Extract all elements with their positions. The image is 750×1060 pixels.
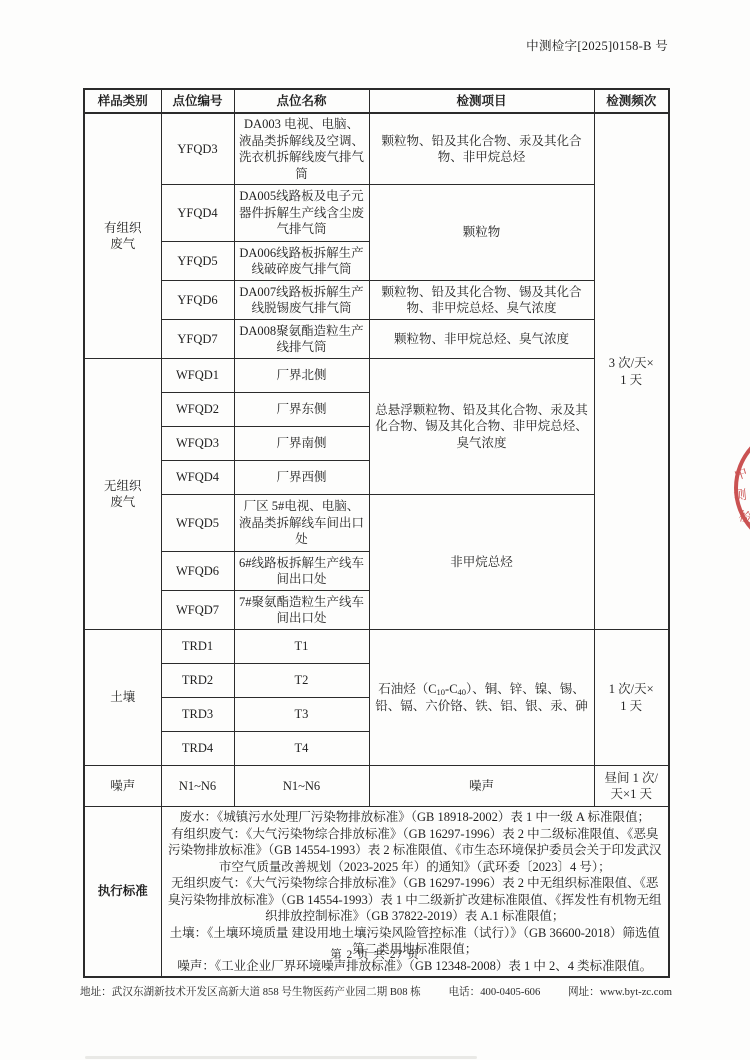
point-name: DA003 电视、电脑、液晶类拆解线及空调、洗衣机拆解线废气排气筒 — [234, 113, 369, 185]
point-name: N1~N6 — [234, 766, 369, 807]
category-noise: 噪声 — [84, 766, 161, 807]
point-code: YFQD7 — [161, 320, 234, 359]
test-items: 颗粒物、铅及其化合物、汞及其化合物、非甲烷总烃 — [369, 113, 594, 185]
point-name: 6#线路板拆解生产线车间出口处 — [234, 552, 369, 591]
test-items: 噪声 — [369, 766, 594, 807]
category-unorganized-gas: 无组织废气 — [84, 359, 161, 630]
scan-artifact — [85, 1056, 477, 1059]
point-code: TRD4 — [161, 732, 234, 766]
point-name: 厂界东侧 — [234, 393, 369, 427]
point-code: YFQD3 — [161, 113, 234, 185]
footer-phone: 电话：400-0405-606 — [448, 984, 540, 999]
point-name: DA007线路板拆解生产线脱锡废气排气筒 — [234, 281, 369, 320]
test-items: 颗粒物、铅及其化合物、锡及其化合物、非甲烷总烃、臭气浓度 — [369, 281, 594, 320]
noise-frequency: 昼间 1 次/ 天×1 天 — [594, 766, 669, 807]
point-code: WFQD3 — [161, 427, 234, 461]
category-organized-gas: 有组织废气 — [84, 113, 161, 359]
table-row: 土壤 TRD1 T1 石油烃（C10-C40）、铜、锌、镍、锡、铅、镉、六价铬、… — [84, 630, 669, 664]
point-code: YFQD4 — [161, 185, 234, 242]
category-label: 有组织废气 — [103, 220, 143, 253]
point-code: WFQD7 — [161, 591, 234, 630]
point-name: T2 — [234, 664, 369, 698]
soil-items-text: -C — [445, 682, 458, 696]
point-code: TRD2 — [161, 664, 234, 698]
table-row: 有组织废气 YFQD3 DA003 电视、电脑、液晶类拆解线及空调、洗衣机拆解线… — [84, 113, 669, 185]
table-row: YFQD4 DA005线路板及电子元器件拆解生产线含尘废气排气筒 颗粒物 — [84, 185, 669, 242]
category-label: 无组织废气 — [103, 478, 143, 511]
header-sample-category: 样品类别 — [84, 89, 161, 113]
gas-frequency: 3 次/天× 1 天 — [594, 113, 669, 630]
point-name: T4 — [234, 732, 369, 766]
point-name: 厂界南侧 — [234, 427, 369, 461]
test-items: 非甲烷总烃 — [369, 495, 594, 630]
point-code: YFQD6 — [161, 281, 234, 320]
point-code: TRD3 — [161, 698, 234, 732]
soil-frequency: 1 次/天× 1 天 — [594, 630, 669, 766]
seal-character: 测 — [733, 487, 747, 503]
table-row: YFQD7 DA008聚氨酯造粒生产线排气筒 颗粒物、非甲烷总烃、臭气浓度 — [84, 320, 669, 359]
point-name: 7#聚氨酯造粒生产线车间出口处 — [234, 591, 369, 630]
table-row: WFQD5 厂区 5#电视、电脑、液晶类拆解线车间出口处 非甲烷总烃 — [84, 495, 669, 552]
page-number: 第 2 页 共 27 页 — [0, 946, 750, 962]
point-name: 厂界北侧 — [234, 359, 369, 393]
soil-items-subscript: 10 — [437, 687, 446, 697]
point-code: WFQD1 — [161, 359, 234, 393]
table-row: 噪声 N1~N6 N1~N6 噪声 昼间 1 次/ 天×1 天 — [84, 766, 669, 807]
table-row: 无组织废气 WFQD1 厂界北侧 总悬浮颗粒物、铅及其化合物、汞及其化合物、锡及… — [84, 359, 669, 393]
point-code: WFQD5 — [161, 495, 234, 552]
point-name: 厂界西侧 — [234, 461, 369, 495]
point-code: WFQD2 — [161, 393, 234, 427]
standard-organized-gas: 有组织废气：《大气污染物综合排放标准》（GB 16297-1996）表 2 中二… — [166, 826, 665, 876]
point-code: TRD1 — [161, 630, 234, 664]
point-code: WFQD6 — [161, 552, 234, 591]
table-row: YFQD6 DA007线路板拆解生产线脱锡废气排气筒 颗粒物、铅及其化合物、锡及… — [84, 281, 669, 320]
soil-items-subscript: 40 — [458, 687, 467, 697]
header-point-name: 点位名称 — [234, 89, 369, 113]
category-soil: 土壤 — [84, 630, 161, 766]
point-name: 厂区 5#电视、电脑、液晶类拆解线车间出口处 — [234, 495, 369, 552]
footer-address: 地址：武汉东湖新技术开发区高新大道 858 号生物医药产业园二期 B08 栋 — [80, 984, 421, 999]
footer-contact-line: 地址：武汉东湖新技术开发区高新大道 858 号生物医药产业园二期 B08 栋 电… — [80, 984, 672, 999]
point-name: DA006线路板拆解生产线破碎废气排气筒 — [234, 242, 369, 281]
point-name: DA008聚氨酯造粒生产线排气筒 — [234, 320, 369, 359]
table-header-row: 样品类别 点位编号 点位名称 检测项目 检测频次 — [84, 89, 669, 113]
header-test-frequency: 检测频次 — [594, 89, 669, 113]
standard-wastewater: 废水：《城镇污水处理厂污染物排放标准》（GB 18918-2002）表 1 中一… — [166, 809, 665, 826]
standard-unorganized-gas: 无组织废气：《大气污染物综合排放标准》（GB 16297-1996）表 2 中无… — [166, 875, 665, 925]
point-name: DA005线路板及电子元器件拆解生产线含尘废气排气筒 — [234, 185, 369, 242]
test-items-soil: 石油烃（C10-C40）、铜、锌、镍、锡、铅、镉、六价铬、铁、铝、银、汞、砷 — [369, 630, 594, 766]
header-test-items: 检测项目 — [369, 89, 594, 113]
test-items: 颗粒物、非甲烷总烃、臭气浓度 — [369, 320, 594, 359]
point-name: T3 — [234, 698, 369, 732]
header-point-code: 点位编号 — [161, 89, 234, 113]
footer-website: 网址：www.byt-zc.com — [568, 984, 672, 999]
soil-items-text: 石油烃（C — [378, 682, 436, 696]
document-number: 中测检字[2025]0158-B 号 — [526, 36, 668, 54]
point-name: T1 — [234, 630, 369, 664]
test-items: 颗粒物 — [369, 185, 594, 281]
seal-character: 检 — [737, 508, 750, 525]
test-items: 总悬浮颗粒物、铅及其化合物、汞及其化合物、锡及其化合物、非甲烷总烃、臭气浓度 — [369, 359, 594, 495]
point-code: YFQD5 — [161, 242, 234, 281]
seal-character: 中 — [732, 465, 749, 483]
monitoring-plan-table: 样品类别 点位编号 点位名称 检测项目 检测频次 有组织废气 YFQD3 DA0… — [83, 88, 670, 978]
point-code: N1~N6 — [161, 766, 234, 807]
red-seal: 中 测 检 — [698, 418, 750, 558]
point-code: WFQD4 — [161, 461, 234, 495]
